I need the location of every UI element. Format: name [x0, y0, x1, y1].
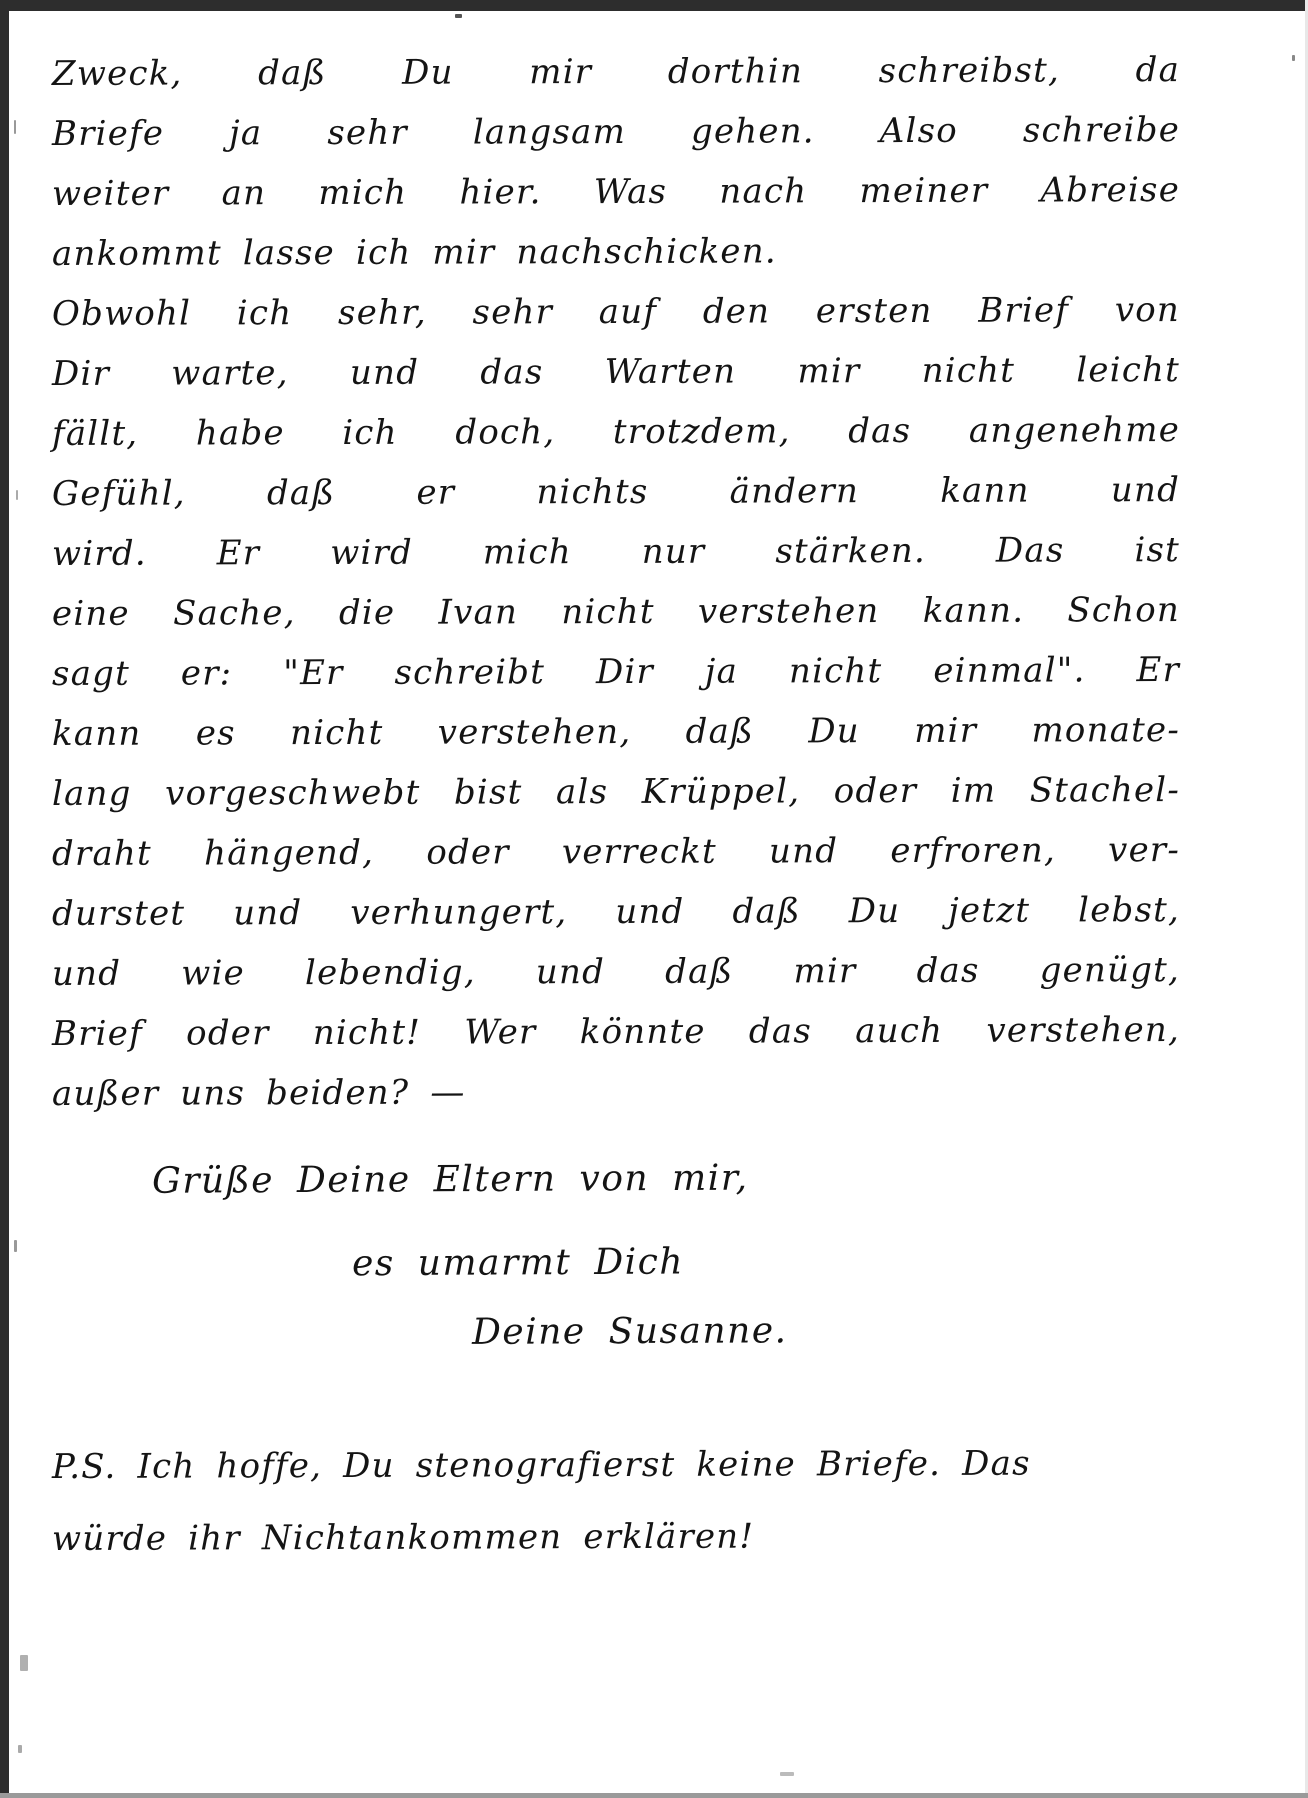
postscript-line: P.S. Ich hoffe, Du stenografierst keine …: [52, 1427, 1202, 1503]
scanned-letter-page: Zweck, daß Du mir dorthin schreibst, da …: [0, 0, 1308, 1798]
scan-speck: [780, 1772, 794, 1776]
letter-line: ankommt lasse ich mir nachschicken.: [52, 220, 1180, 284]
letter-closing: Grüße Deine Eltern von mir, es umarmt Di…: [52, 1158, 1202, 1351]
letter-postscript: P.S. Ich hoffe, Du stenografierst keine …: [52, 1429, 1202, 1573]
scan-border-bottom: [0, 1793, 1308, 1798]
letter-line: Brief oder nicht! Wer könnte das auch ve…: [52, 1000, 1180, 1064]
letter-line: durstet und verhungert, und daß Du jetzt…: [52, 880, 1180, 944]
letter-line: Gefühl, daß er nichts ändern kann und: [52, 460, 1180, 524]
scan-speck: [18, 1745, 22, 1753]
letter-line: draht hängend, oder verreckt und erfrore…: [52, 820, 1180, 884]
letter-line: und wie lebendig, und daß mir das genügt…: [52, 940, 1180, 1004]
letter-line: kann es nicht verstehen, daß Du mir mona…: [52, 700, 1180, 764]
scan-speck: [20, 1655, 28, 1671]
letter-line: wird. Er wird mich nur stärken. Das ist: [52, 520, 1180, 584]
signature: Deine Susanne.: [472, 1308, 1202, 1353]
scan-speck: [455, 14, 462, 18]
scan-border-left: [0, 0, 9, 1798]
letter-line: sagt er: "Er schreibt Dir ja nicht einma…: [52, 640, 1180, 704]
letter-line: eine Sache, die Ivan nicht verstehen kan…: [52, 580, 1180, 644]
scan-speck: [16, 490, 18, 500]
letter-line: fällt, habe ich doch, trotzdem, das ange…: [52, 400, 1180, 464]
letter-line: Dir warte, und das Warten mir nicht leic…: [52, 340, 1180, 404]
postscript-line: würde ihr Nichtankommen erklären!: [52, 1499, 1202, 1575]
scan-border-top: [0, 0, 1308, 11]
letter-line: Obwohl ich sehr, sehr auf den ersten Bri…: [52, 280, 1180, 344]
scan-speck: [1292, 55, 1295, 61]
closing-embrace: es umarmt Dich: [352, 1239, 1202, 1284]
letter-line: weiter an mich hier. Was nach meiner Abr…: [52, 160, 1180, 224]
letter-body: Zweck, daß Du mir dorthin schreibst, da …: [52, 42, 1202, 1573]
letter-line: lang vorgeschwebt bist als Krüppel, oder…: [52, 760, 1180, 824]
scan-speck: [14, 120, 16, 134]
closing-greeting: Grüße Deine Eltern von mir,: [152, 1155, 1202, 1201]
letter-line: Briefe ja sehr langsam gehen. Also schre…: [52, 100, 1180, 164]
letter-line: Zweck, daß Du mir dorthin schreibst, da: [52, 40, 1180, 104]
scan-speck: [14, 1240, 17, 1252]
letter-line: außer uns beiden? —: [52, 1060, 1180, 1124]
